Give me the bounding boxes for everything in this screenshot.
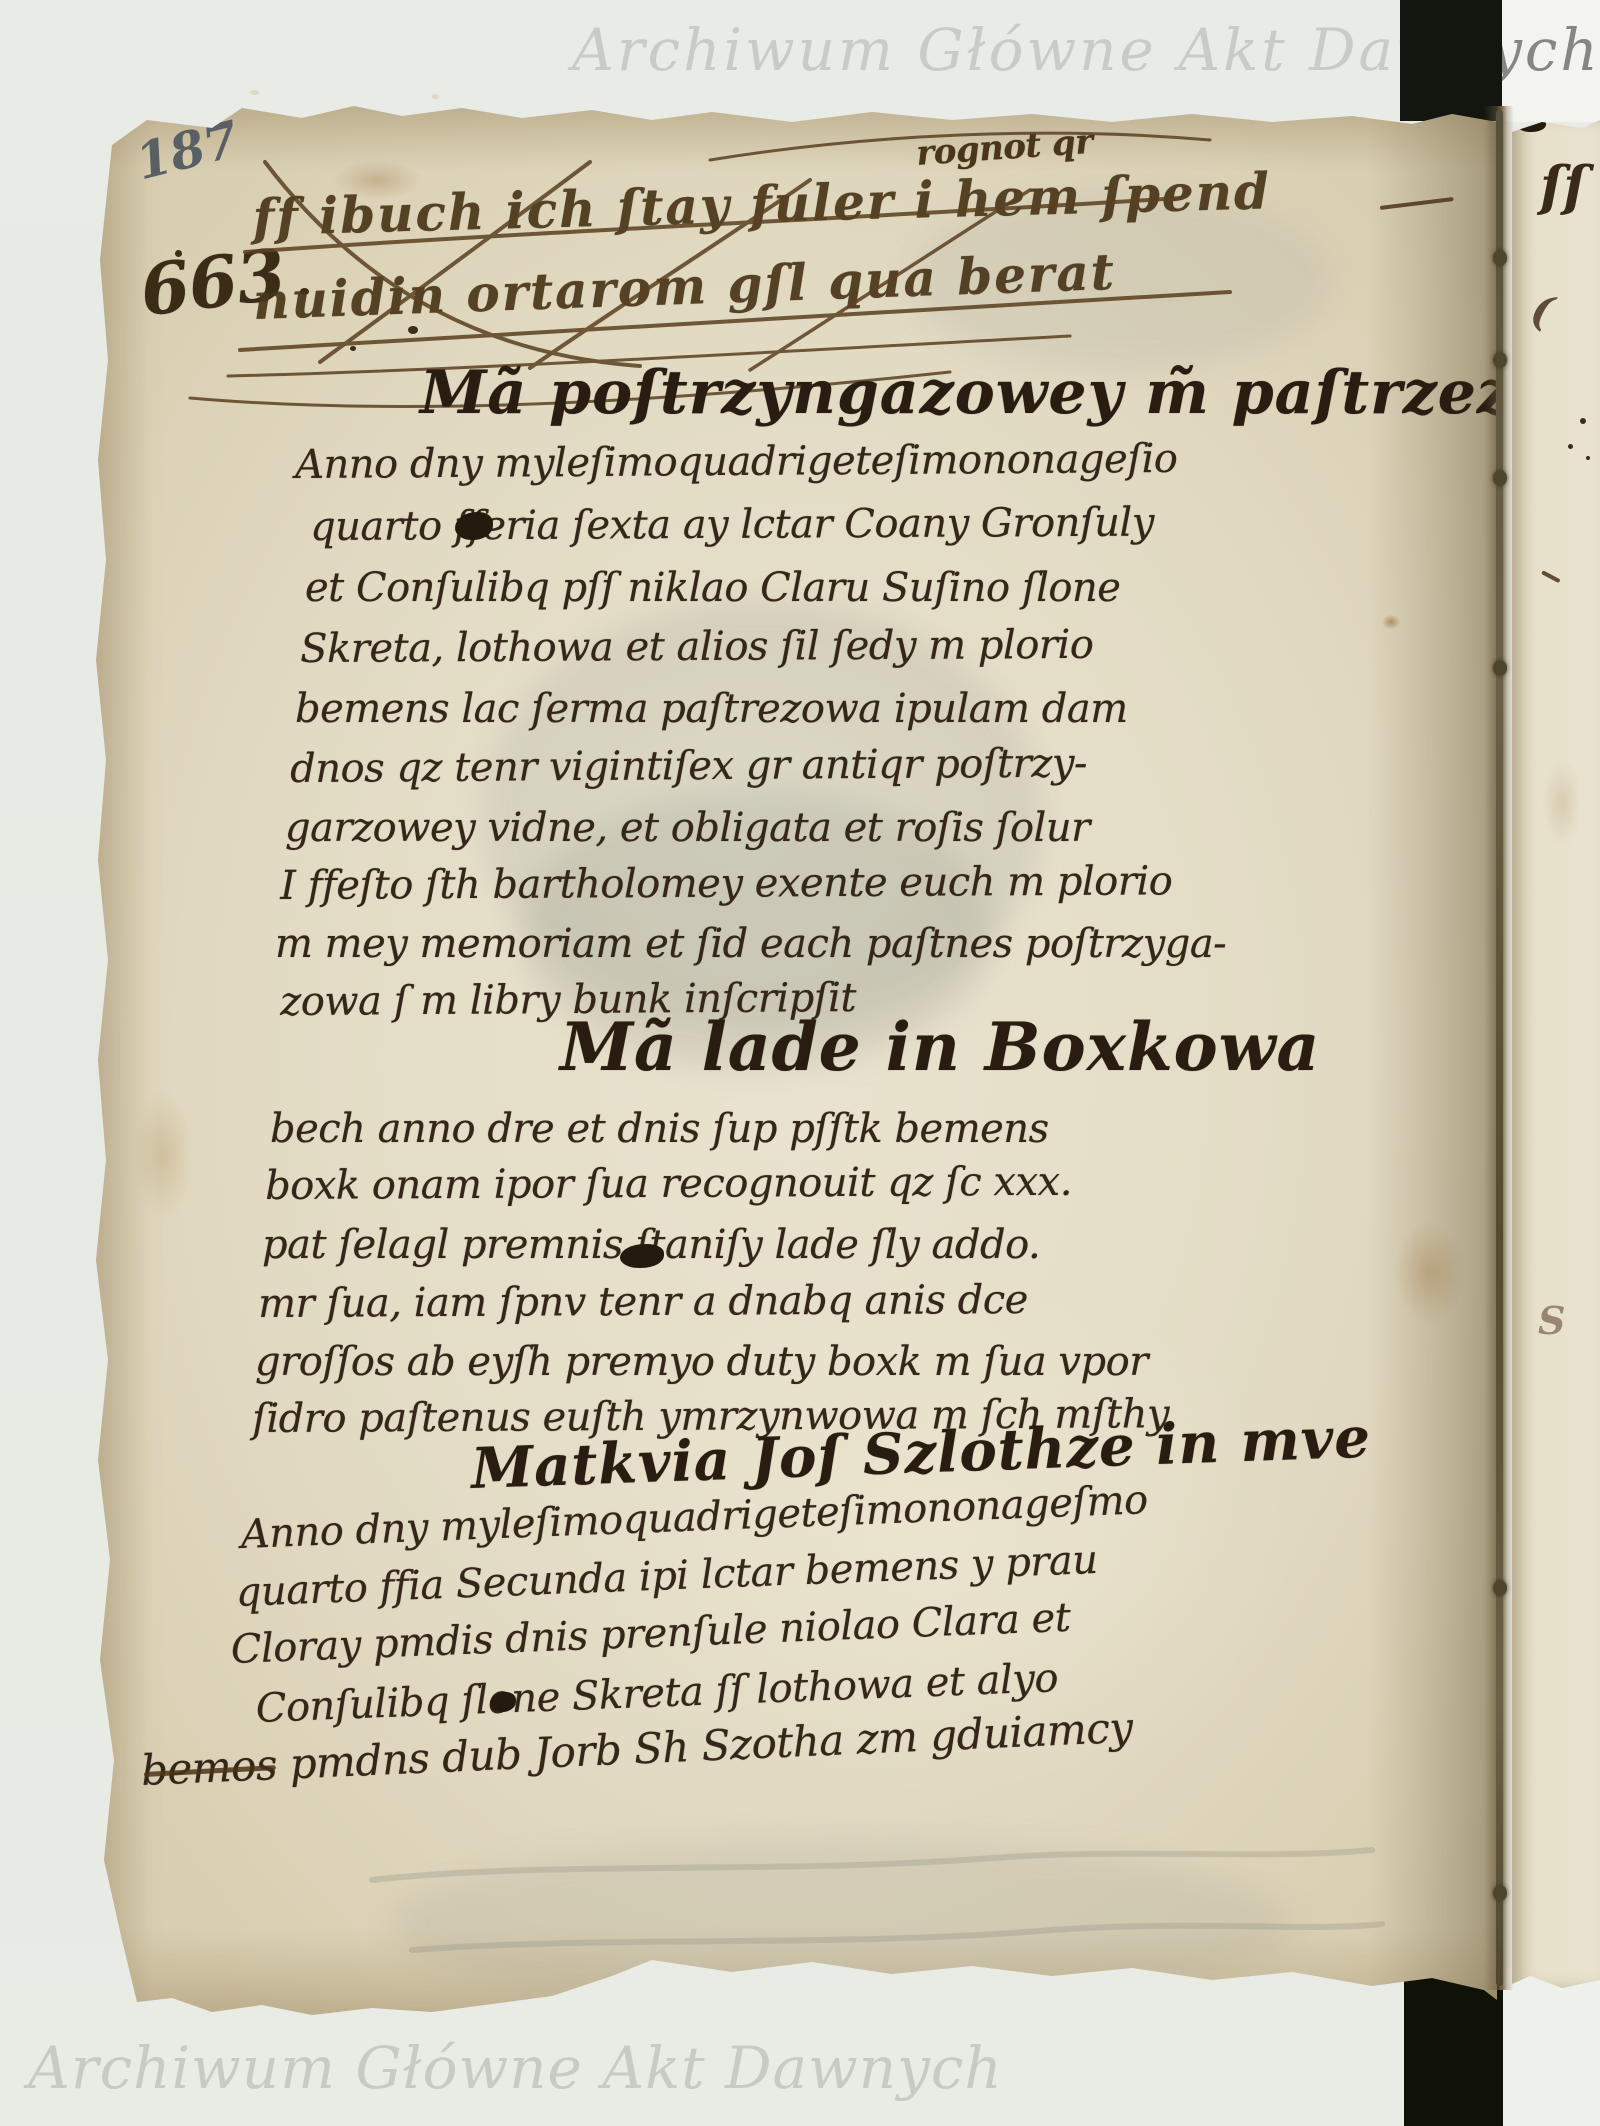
manuscript-line: Anno dny myleſimoquadrigeteſimononageſio (295, 436, 1178, 488)
manuscript-line: mr ſua, iam ſpnv tenr a dnabq anis dce (258, 1277, 1028, 1327)
manuscript-line: groſſos ab eyſh premyo duty boxk m ſua v… (255, 1339, 1148, 1385)
section-heading: Mã lade in Boxkowa (560, 1008, 1320, 1086)
stitch-knot (1493, 352, 1507, 368)
scanner-white-strip-bottom (1503, 1968, 1600, 2126)
paper-stain (132, 1090, 192, 1220)
ink-speck (1586, 456, 1590, 460)
manuscript-page-right: ſſ ( S (1512, 118, 1600, 1988)
manuscript-line: m mey memoriam et ſid each paſtnes poſtr… (275, 921, 1226, 967)
stitch-knot (1493, 1885, 1507, 1901)
paper-crumb (432, 94, 439, 99)
page-edge-shading (92, 100, 152, 2015)
stitch-knot (1493, 250, 1507, 266)
archive-watermark-top-tail-text: Archiwum Główne Akt Dawnych (1502, 16, 1600, 84)
right-page-ink-mark: ſſ (1540, 154, 1586, 218)
reference-bar-top (1400, 0, 1502, 121)
right-page-ink-mark: S (1538, 1298, 1565, 1343)
stitch-knot (1493, 660, 1507, 676)
manuscript-line: dnos qz tenr vigintiſex gr antiqr poſtrz… (290, 740, 1087, 792)
manuscript-line: Skreta, lothowa et alios ſil ſedy m plor… (300, 622, 1093, 672)
archive-watermark-top-tail: Archiwum Główne Akt Dawnych (1502, 0, 1600, 112)
paper-stain (1382, 615, 1400, 629)
paper-stain (1542, 758, 1582, 848)
manuscript-line: I ffeſto ſth bartholomey exente euch m p… (280, 858, 1172, 909)
manuscript-scan: Archiwum Główne Akt Dawnych Archiwum Głó… (0, 0, 1600, 2126)
manuscript-line: boxk onam ipor ſua recognouit qz ſc xxx. (265, 1159, 1072, 1209)
paper-crumb (250, 90, 259, 95)
stitch-knot (1493, 1580, 1507, 1596)
ink-speck (1568, 444, 1573, 449)
archive-watermark-bottom: Archiwum Główne Akt Dawnych (28, 2034, 1003, 2102)
manuscript-line: et Conſulibq pſſ niklao Claru Suſino ſlo… (305, 565, 1120, 611)
ink-speck (1580, 418, 1586, 424)
paper-stain (1392, 1220, 1467, 1325)
right-page-ink-mark: ( (1526, 284, 1559, 337)
strikethrough-strokes (170, 100, 1400, 400)
ink-tick (1541, 570, 1561, 583)
manuscript-line: quarto fferia ſexta ay lctar Coany Gronſ… (310, 500, 1154, 550)
show-through-strokes (352, 1820, 1392, 2010)
manuscript-line: bech anno dre et dnis ſup pſſtk bemens (270, 1106, 1049, 1152)
section-heading: Mã poſtrzyngazowey m̃ paſtrzezowa (420, 358, 1600, 428)
binding-stitch (1496, 110, 1503, 1986)
manuscript-page-left: 187 663 rognot qr ff ibuch ich ſtay fule… (92, 100, 1497, 2015)
manuscript-line: bemens lac ſerma paſtrezowa ipulam dam (295, 686, 1128, 732)
manuscript-line: garzowey vidne, et obligata et roſis ſol… (285, 805, 1090, 851)
stitch-knot (1493, 470, 1507, 486)
